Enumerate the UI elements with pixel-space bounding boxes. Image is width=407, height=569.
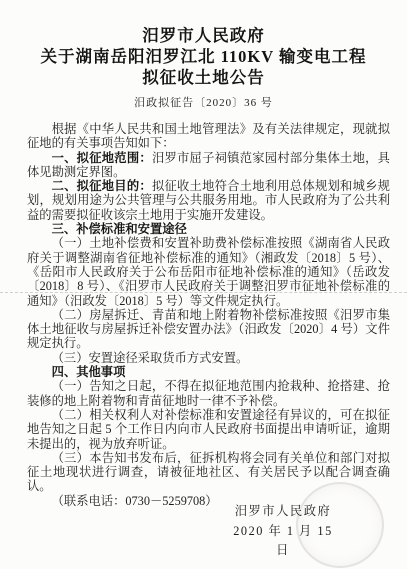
paragraph-text: 根据《中华人民共和国土地管理法》及有关法律规定，现就拟征地的有关事项告知如下： (27, 122, 390, 150)
signature-org: 汨罗市人民政府 (226, 502, 340, 522)
paragraph: 三、补偿标准和安置途径 (27, 222, 390, 236)
notice-page: 汨罗市人民政府 关于湖南岳阳汨罗江北 110KV 输变电工程 拟征收土地公告 汨… (0, 0, 407, 569)
paragraph-text: （三）安置途径采取货币方式安置。 (52, 351, 249, 365)
notice-title: 汨罗市人民政府 关于湖南岳阳汨罗江北 110KV 输变电工程 拟征收土地公告 (0, 0, 407, 88)
signature-block: 汨罗市人民政府 2020 年 1 月 15 日 (226, 502, 340, 561)
paragraph: （一）土地补偿费和安置补助费补偿标准按照《湖南省人民政府关于调整湖南省征地补偿标… (27, 236, 390, 307)
section-label: 四、其他事项 (52, 365, 126, 379)
paragraph: （二）房屋拆迁、青苗和地上附着物补偿标准按照《汨罗市集体土地征收与房屋拆迁补偿安… (27, 308, 390, 351)
signature-date: 2020 年 1 月 15 日 (226, 522, 340, 561)
paragraph-text: （一）告知之日起，不得在拟征地范围内抢栽种、抢搭建、抢装修的地上附着物和青苗征地… (27, 379, 390, 407)
notice-title-line-2: 关于湖南岳阳汨罗江北 110KV 输变电工程 (0, 46, 407, 67)
paragraph: 四、其他事项 (27, 365, 390, 379)
paragraph: （一）告知之日起，不得在拟征地范围内抢栽种、抢搭建、抢装修的地上附着物和青苗征地… (27, 379, 390, 408)
paragraph: 根据《中华人民共和国土地管理法》及有关法律规定，现就拟征地的有关事项告知如下： (27, 122, 390, 151)
paragraph: （二）相关权利人对补偿标准和安置途径有异议的，可在拟征地告知之日起 5 个工作日… (27, 408, 390, 451)
section-label: 三、补偿标准和安置途径 (52, 222, 187, 236)
paragraph: （三）安置途径采取货币方式安置。 (27, 351, 390, 365)
paragraph-text: （一）土地补偿费和安置补助费补偿标准按照《湖南省人民政府关于调整湖南省征地补偿标… (27, 236, 390, 307)
paragraph-text: （二）房屋拆迁、青苗和地上附着物补偿标准按照《汨罗市集体土地征收与房屋拆迁补偿安… (27, 308, 390, 351)
document-body: 根据《中华人民共和国土地管理法》及有关法律规定，现就拟征地的有关事项告知如下：一… (27, 122, 390, 508)
scan-artifact-line (0, 292, 407, 293)
paragraph: 一、拟征地范围：汨罗市屈子祠镇范家园村部分集体土地，具体见勘测定界图。 (27, 151, 390, 180)
notice-title-line-3: 拟征收土地公告 (0, 67, 407, 88)
section-label: 一、拟征地范围： (52, 151, 152, 165)
notice-title-line-1: 汨罗市人民政府 (0, 25, 407, 46)
doc-number: 汨政拟征告〔2020〕36 号 (0, 94, 407, 110)
paragraph-text: （二）相关权利人对补偿标准和安置途径有异议的，可在拟征地告知之日起 5 个工作日… (27, 408, 390, 451)
section-label: 二、拟征地目的： (52, 179, 152, 193)
paragraph: 二、拟征地目的：拟征收土地符合土地利用总体规划和城乡规划，规划用途为公共管理与公… (27, 179, 390, 222)
